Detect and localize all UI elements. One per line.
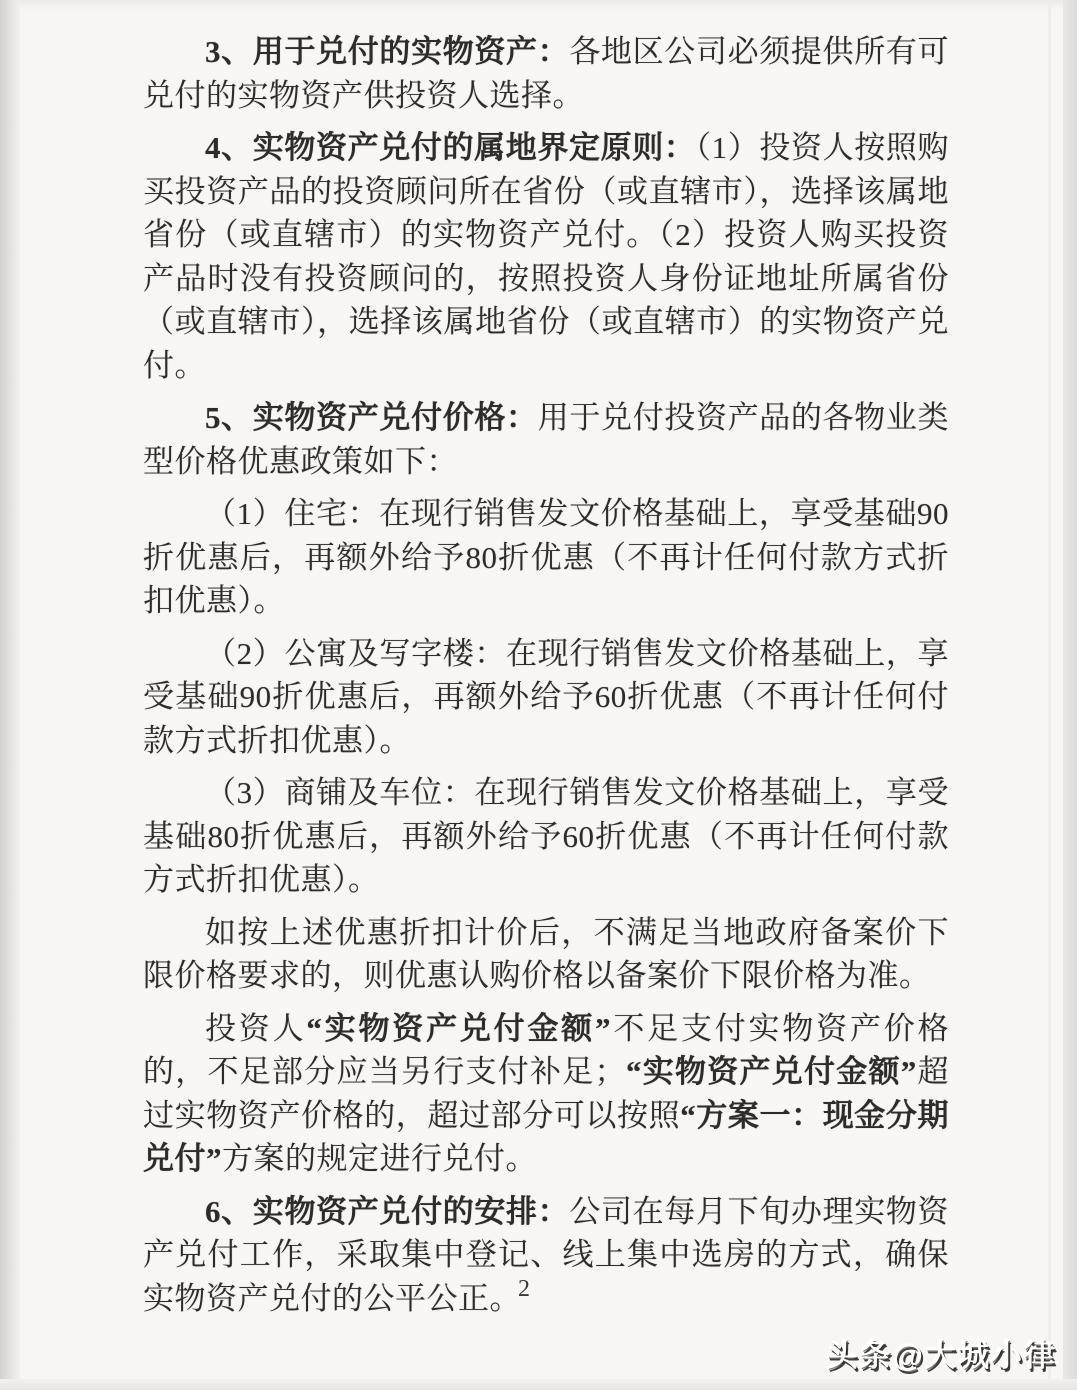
text-segment: 5、实物资产兑付价格： — [205, 400, 538, 435]
item-5-sub-2-apartment-office: （2）公寓及写字楼：在现行销售发文价格基础上，享受基础90折优惠后，再额外给予6… — [143, 632, 949, 763]
text-segment: 方案的规定进行兑付。 — [222, 1141, 537, 1176]
text-segment: 4、实物资产兑付的属地界定原则： — [205, 130, 696, 165]
paper-edge-line — [1048, 0, 1051, 1390]
text-segment: “实物资产兑付金额” — [306, 1011, 611, 1046]
scanned-document-page: 3、用于兑付的实物资产：各地区公司必须提供所有可兑付的实物资产供投资人选择。4、… — [0, 0, 1077, 1390]
text-segment: 如按上述优惠折扣计价后，不满足当地政府备案价下限价格要求的，则优惠认购价格以备案… — [143, 915, 949, 994]
item-3-physical-assets: 3、用于兑付的实物资产：各地区公司必须提供所有可兑付的实物资产供投资人选择。 — [143, 30, 949, 117]
text-segment: 投资人 — [205, 1011, 306, 1046]
scan-edge-bottom — [0, 1379, 1077, 1390]
scan-edge-top — [0, 0, 1077, 9]
text-segment: （1）投资人按照购买投资产品的投资顾问所在省份（或直辖市），选择该属地省份（或直… — [143, 130, 949, 383]
text-segment: （3）商铺及车位：在现行销售发文价格基础上，享受基础80折优惠后，再额外给予60… — [143, 775, 949, 897]
text-segment: （1）住宅：在现行销售发文价格基础上，享受基础90折优惠后，再额外给予80折优惠… — [143, 496, 949, 618]
scan-edge-right — [1063, 0, 1077, 1390]
document-body: 3、用于兑付的实物资产：各地区公司必须提供所有可兑付的实物资产供投资人选择。4、… — [143, 30, 949, 1329]
watermark-text: 头条@大城小律 — [827, 1330, 1057, 1375]
text-segment: “实物资产兑付金额” — [626, 1054, 917, 1089]
text-segment: 3、用于兑付的实物资产： — [205, 34, 569, 69]
para-redemption-amount-rules: 投资人“实物资产兑付金额”不足支付实物资产价格的，不足部分应当另行支付补足；“实… — [143, 1007, 949, 1181]
page-number: 2 — [0, 1276, 1048, 1303]
text-segment: 6、实物资产兑付的安排： — [205, 1194, 569, 1229]
text-segment: （2）公寓及写字楼：在现行销售发文价格基础上，享受基础90折优惠后，再额外给予6… — [143, 636, 949, 758]
item-5-sub-3-shops-parking: （3）商铺及车位：在现行销售发文价格基础上，享受基础80折优惠后，再额外给予60… — [143, 771, 949, 902]
item-5-redemption-price: 5、实物资产兑付价格：用于兑付投资产品的各物业类型价格优惠政策如下： — [143, 396, 949, 483]
item-4-territorial-principle: 4、实物资产兑付的属地界定原则：（1）投资人按照购买投资产品的投资顾问所在省份（… — [143, 126, 949, 387]
para-record-price-floor: 如按上述优惠折扣计价后，不满足当地政府备案价下限价格要求的，则优惠认购价格以备案… — [143, 911, 949, 998]
item-5-sub-1-residential: （1）住宅：在现行销售发文价格基础上，享受基础90折优惠后，再额外给予80折优惠… — [143, 492, 949, 623]
scan-edge-left — [0, 0, 20, 1390]
